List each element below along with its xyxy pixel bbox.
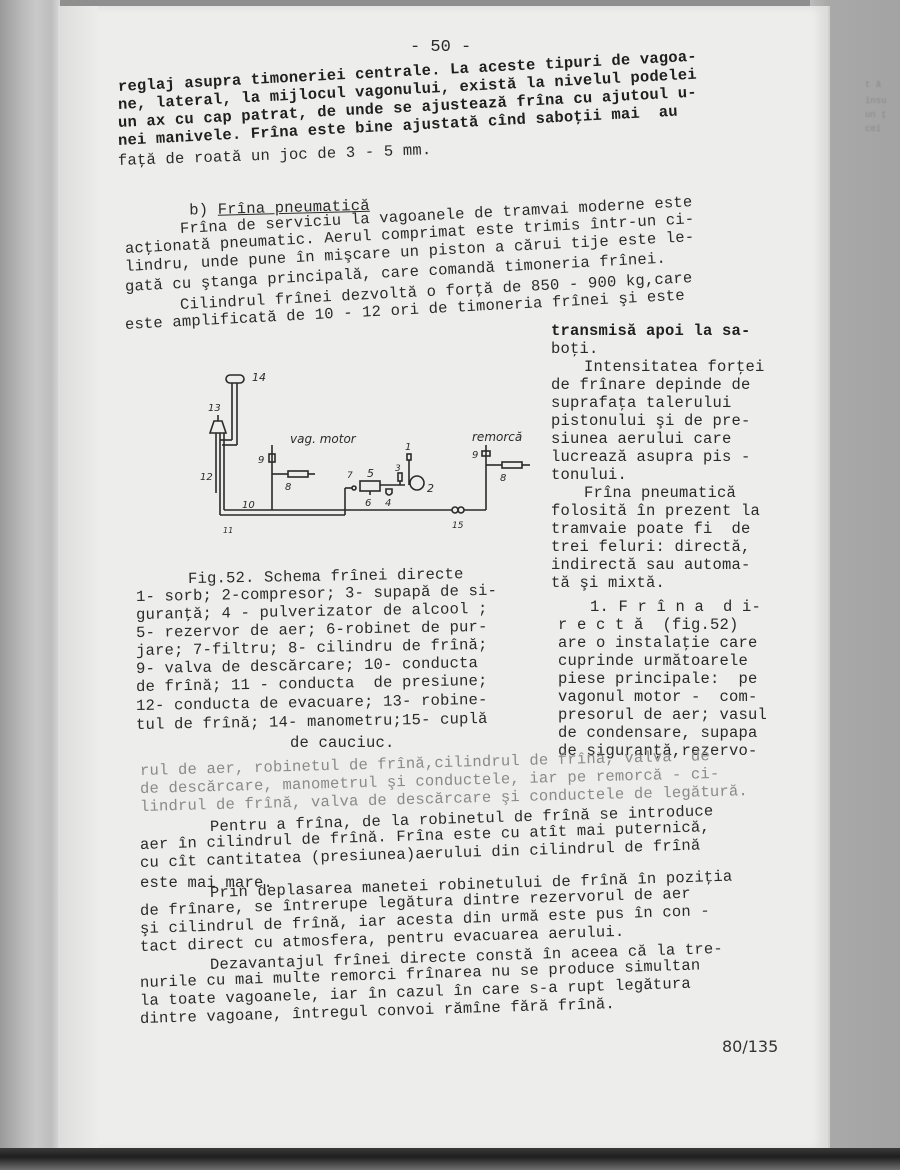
- svg-text:6: 6: [365, 498, 371, 509]
- svg-text:5: 5: [367, 467, 374, 480]
- svg-text:13: 13: [208, 403, 221, 414]
- svg-text:3: 3: [395, 464, 401, 474]
- ghost-text: cei: [865, 124, 900, 135]
- svg-text:14: 14: [252, 371, 266, 384]
- svg-text:7: 7: [347, 471, 353, 481]
- ghost-text: t ă: [865, 80, 900, 91]
- svg-text:remorcă: remorcă: [472, 430, 522, 444]
- ghost-text: un ţ: [865, 110, 900, 121]
- svg-text:11: 11: [223, 526, 233, 535]
- svg-text:8: 8: [500, 473, 506, 484]
- svg-text:4: 4: [385, 498, 391, 509]
- scanner-edge: [0, 1148, 900, 1170]
- svg-text:2: 2: [427, 482, 434, 495]
- brake-schematic-diagram: 14 13 12 vag. motor remorcă 9 8 10 11 7 …: [190, 365, 540, 545]
- svg-text:8: 8: [285, 482, 291, 493]
- book-spine: [0, 0, 60, 1160]
- svg-text:1: 1: [405, 442, 411, 453]
- svg-text:9: 9: [258, 455, 264, 466]
- svg-text:10: 10: [242, 500, 255, 511]
- svg-text:9: 9: [472, 450, 478, 461]
- page-counter: 80/135: [722, 1037, 778, 1056]
- svg-text:12: 12: [200, 472, 213, 483]
- svg-text:vag. motor: vag. motor: [290, 432, 357, 446]
- page-edge: [58, 6, 98, 1150]
- ghost-text: însu: [865, 96, 900, 107]
- page-number: - 50 -: [410, 38, 471, 57]
- svg-text:15: 15: [452, 521, 464, 531]
